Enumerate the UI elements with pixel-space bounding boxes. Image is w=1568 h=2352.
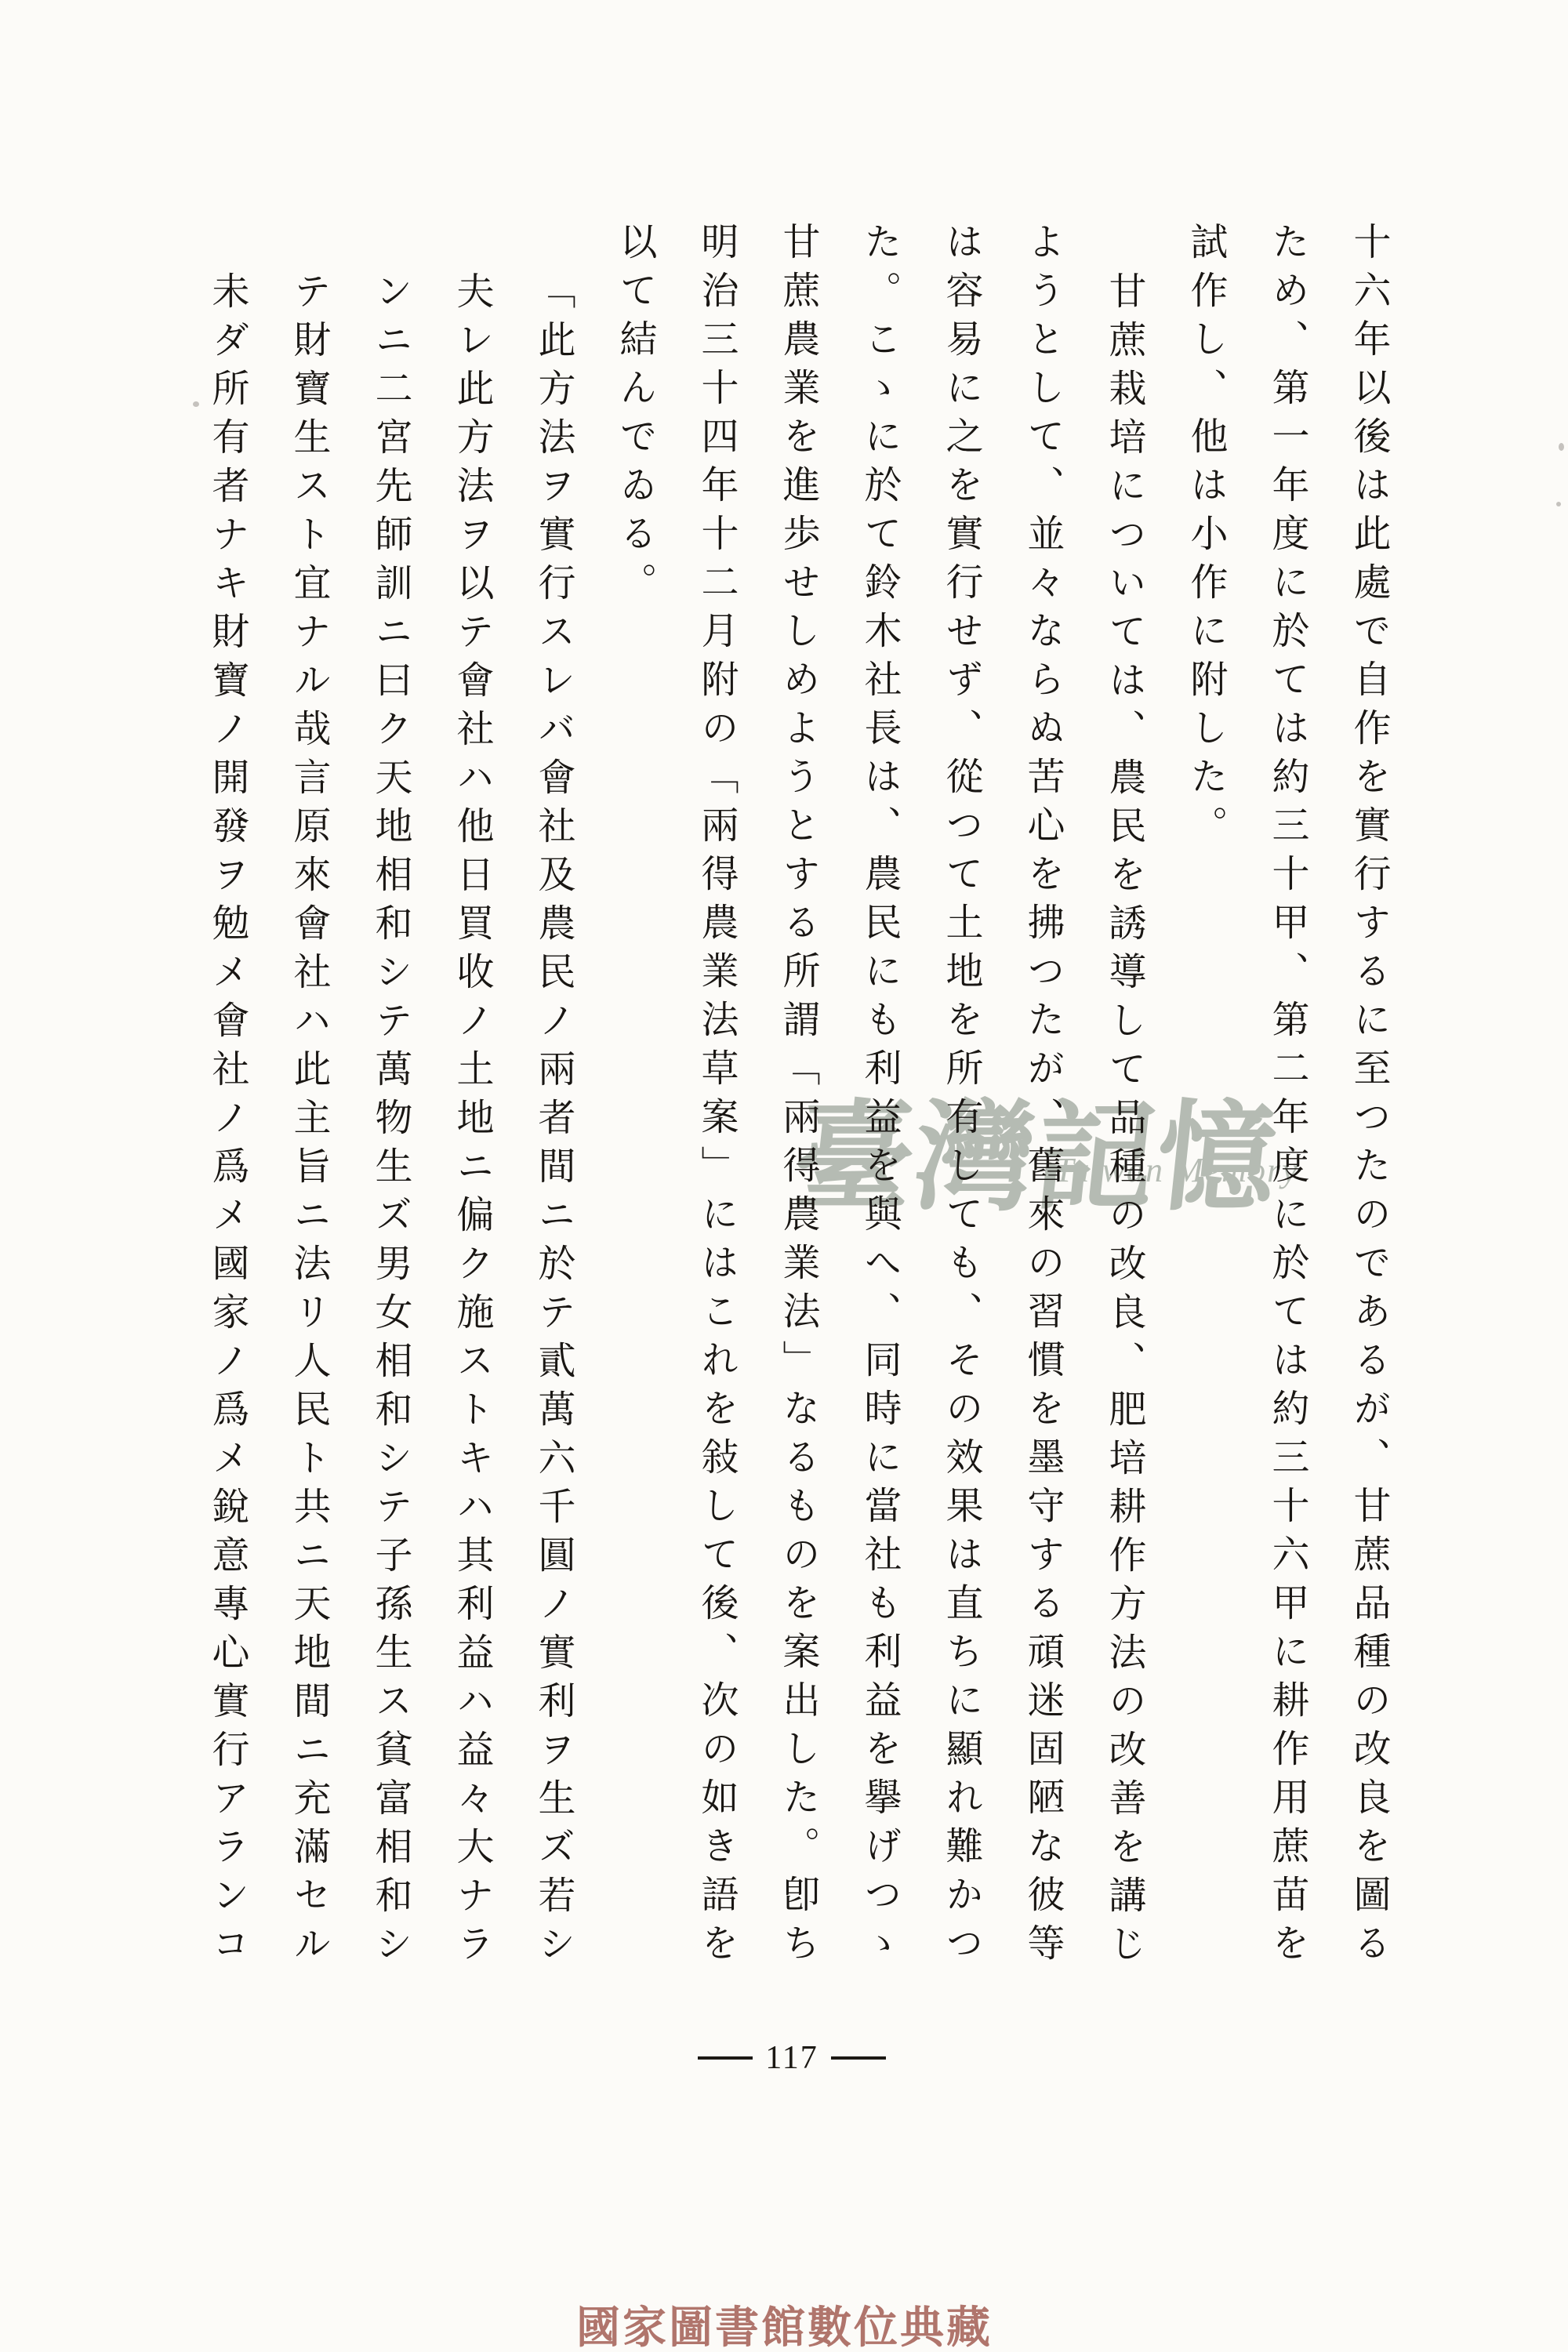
page-number: 117 [765,2039,818,2077]
scan-speck [1556,502,1561,506]
text-column-7: た。こゝに於て鈴木社長は、農民にも利益を與へ、同時に當社も利益を擧げつゝ [860,222,898,1972]
text-column-13: ンニ二宮先師訓ニ曰ク天地相和シテ萬物生ズ男女相和シテ子孫生ス貧富相和シ [371,271,408,1973]
scanned-page: 臺灣記憶 Taiwan Memory 十六年以後は此處で自作を實行するに至つたの… [0,0,1568,2352]
page-number-right-rule [831,2056,886,2060]
page-number-footer: 117 [635,2038,949,2078]
scan-speck [193,401,199,407]
library-stamp: 國家圖書館數位典藏 [576,2293,993,2352]
text-column-3: 試作し、他は小作に附した。 [1186,222,1224,854]
text-column-1: 十六年以後は此處で自作を實行するに至つたのであるが、甘蔗品種の改良を圖る [1349,222,1387,1972]
text-column-12: 夫レ此方法ヲ以テ會社ハ他日買收ノ土地ニ偏ク施ストキハ其利益ハ益々大ナラ [452,271,490,1973]
text-column-6: は容易に之を實行せず、從つて土地を所有しても、その效果は直ちに顯れ難かつ [942,222,979,1972]
page-number-left-rule [698,2056,753,2060]
text-column-10: 以て結んでゐる。 [615,222,653,611]
scan-speck [1559,443,1564,451]
watermark-latin-text: Taiwan Memory [1054,1150,1299,1190]
text-column-8: 甘蔗農業を進歩せしめようとする所謂「兩得農業法」なるものを案出した。卽ち [779,222,816,1972]
text-column-5: ようとして、並々ならぬ苦心を拂つたが、舊來の習慣を墨守する頑迷固陋な彼等 [1023,222,1061,1972]
text-column-11: 「此方法ヲ實行スレバ會社及農民ノ兩者間ニ於テ貳萬六千圓ノ實利ヲ生ズ若シ [534,271,572,1973]
text-column-15: 未ダ所有者ナキ財寶ノ開發ヲ勉メ會社ノ爲メ國家ノ爲メ銳意專心實行アランコ [208,271,245,1973]
text-column-2: ため、第一年度に於ては約三十甲、第二年度に於ては約三十六甲に耕作用蔗苗を [1268,222,1305,1972]
text-column-4: 甘蔗栽培については、農民を誘導して品種の改良、肥培耕作方法の改善を講じ [1105,271,1142,1973]
text-column-14: テ財寶生スト宜ナル哉言原來會社ハ此主旨ニ法リ人民ト共ニ天地間ニ充滿セル [289,271,327,1973]
text-column-9: 明治三十四年十二月附の「兩得農業法草案」にはこれを敍して後、次の如き語を [697,222,735,1972]
